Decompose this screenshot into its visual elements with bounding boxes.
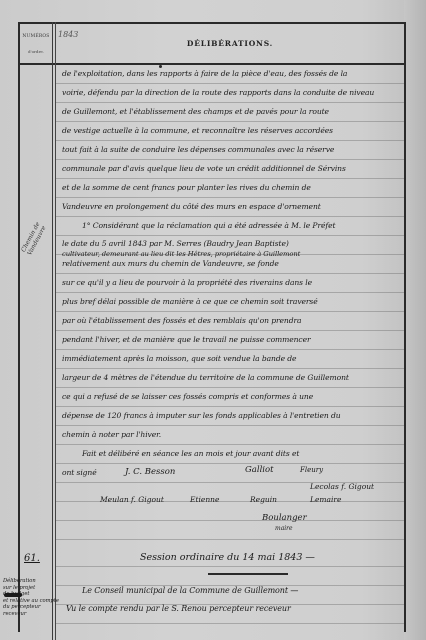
number-column-divider-inner [55, 22, 56, 640]
body-line: largeur de 4 mètres de l'étendue du terr… [62, 373, 400, 383]
register-page: NUMÉROS d'ordre. 1843 DÉLIBÉRATIONS. de … [0, 0, 426, 640]
ruled-line [56, 292, 404, 293]
ruled-line [56, 121, 404, 122]
frame-top-border [18, 22, 405, 24]
session-line: Le Conseil municipal de la Commune de Gu… [82, 586, 400, 596]
header-ink-dot [159, 65, 162, 68]
body-line: le date du 5 avril 1843 par M. Serres (B… [62, 239, 400, 249]
ruled-line [56, 311, 404, 312]
body-line: de l'exploitation, dans les rapports à f… [62, 69, 400, 79]
body-line: pendant l'hiver, et de manière que le tr… [62, 335, 400, 345]
body-line: 1° Considérant que la réclamation qui a … [82, 221, 400, 231]
ruled-line [56, 425, 404, 426]
ruled-line [56, 83, 404, 84]
frame-left-border [18, 22, 20, 632]
signature: Galliot [245, 465, 274, 475]
body-line: chemin à noter par l'hiver. [62, 430, 400, 440]
entry-number: 1843 [58, 30, 78, 39]
ruled-line [56, 539, 404, 540]
body-line: de vestige actuelle à la commune, et rec… [62, 126, 400, 136]
signature-mayor-title: maire [275, 525, 293, 532]
signature: Meulan f. Gigout [100, 495, 164, 504]
ruled-line [56, 444, 404, 445]
ruled-line [56, 197, 404, 198]
session-line: Vu le compte rendu par le S. Renou perce… [66, 604, 404, 614]
body-line: relativement aux murs du chemin de Vande… [62, 259, 400, 269]
body-line: dépense de 120 francs à imputer sur les … [62, 411, 400, 421]
number-column-divider [52, 22, 53, 640]
page-edge-shadow [404, 0, 426, 640]
ruled-line [56, 406, 404, 407]
ruled-line [56, 178, 404, 179]
closing-line: Fait et délibéré en séance les an mois e… [82, 449, 400, 459]
session-underline [208, 573, 288, 575]
body-line: Vandeuvre en prolongement du côté des mu… [62, 202, 400, 212]
ruled-line [56, 387, 404, 388]
ruled-line [56, 566, 404, 567]
signature: Lecolas f. Gigout [310, 482, 374, 491]
body-line: voirie, défendu par la direction de la r… [62, 88, 400, 98]
ruled-line [56, 330, 404, 331]
body-line: tout fait à la suite de conduire les dép… [62, 145, 400, 155]
signature: J. C. Besson [125, 467, 175, 477]
margin-note-line: du percepteur receveur [3, 604, 63, 617]
ruled-line [56, 235, 404, 236]
body-line: sur ce qu'il y a lieu de pourvoir à la p… [62, 278, 400, 288]
ruled-line [56, 102, 404, 103]
signature: Fleury [300, 466, 323, 474]
header-bottom-border [18, 63, 405, 65]
session-number: 61. [24, 553, 40, 564]
signature-mayor: Boulanger [262, 513, 307, 523]
ruled-line [56, 216, 404, 217]
body-line: communale par d'avis quelque lieu de vot… [62, 164, 400, 174]
body-line: cultivateur, demeurant au lieu dit les H… [62, 249, 400, 259]
ruled-line [56, 623, 404, 624]
closing-line: ont signé [62, 468, 400, 478]
ruled-line [56, 463, 404, 464]
body-line: plus bref délai possible de manière à ce… [62, 297, 400, 307]
body-line: de Guillemont, et l'établissement des ch… [62, 107, 400, 117]
frame-right-border [404, 22, 406, 632]
column-label-numeros: NUMÉROS [20, 34, 52, 39]
body-line: par où l'établissement des fossés et des… [62, 316, 400, 326]
ruled-line [56, 368, 404, 369]
signature: Reguin [250, 495, 277, 504]
body-line: et de la somme de cent francs pour plant… [62, 183, 400, 193]
ruled-line [56, 273, 404, 274]
ruled-line [56, 159, 404, 160]
ruled-line [56, 140, 404, 141]
ruled-line [56, 349, 404, 350]
session-title: Session ordinaire du 14 mai 1843 — [140, 552, 400, 563]
signature: Lemaire [310, 495, 341, 504]
page-title: DÉLIBÉRATIONS. [56, 39, 404, 48]
margin-note-budget: Délibération sur le projet de budget et … [3, 578, 63, 617]
ruled-line [56, 520, 404, 521]
column-label-ordre: d'ordre. [20, 49, 52, 54]
signature: Etienne [190, 495, 219, 504]
body-line: immédiatement après la moisson, que soit… [62, 354, 400, 364]
body-line: ce qui a refusé de se laisser ces fossés… [62, 392, 400, 402]
